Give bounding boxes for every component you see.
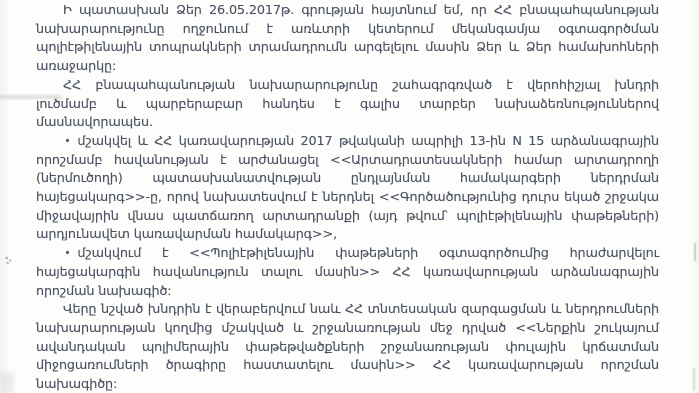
bullet-item-text: մշակվում է <<Պոլիէթիլենային փաթեթների օգ…	[36, 246, 659, 298]
scan-artifact-dash	[694, 243, 696, 261]
paragraph-response-intro: Ի պատասխան Ձեր 26.05.2017թ. գրության հայ…	[36, 2, 659, 77]
letter-body: Ի պատասխան Ձեր 26.05.2017թ. գրության հայ…	[36, 2, 659, 393]
paragraph-economy-ministry-draft: Վերը նշված խնդրին է վերաբերվում նաև ՀՀ տ…	[36, 301, 659, 393]
scanned-letter-page: Ի պատասխան Ձեր 26.05.2017թ. գրության հայ…	[0, 0, 699, 393]
bullet-icon: •	[64, 135, 76, 150]
scan-artifact-dash	[693, 368, 695, 390]
paragraph-ministry-interest: ՀՀ բնապահպանության նախարարությունը շահագ…	[36, 77, 659, 133]
bullet-item-text: մշակվել և ՀՀ կառավարության 2017 թվականի …	[36, 134, 659, 243]
scan-artifact-smudge	[0, 372, 14, 393]
scan-artifact-speckle	[4, 255, 13, 265]
bullet-item-protocol-decision: •մշակվել և ՀՀ կառավարության 2017 թվականի…	[36, 133, 659, 245]
bullet-icon: •	[64, 247, 76, 262]
bullet-item-draft-concept: •մշակվում է <<Պոլիէթիլենային փաթեթների օ…	[36, 245, 659, 301]
